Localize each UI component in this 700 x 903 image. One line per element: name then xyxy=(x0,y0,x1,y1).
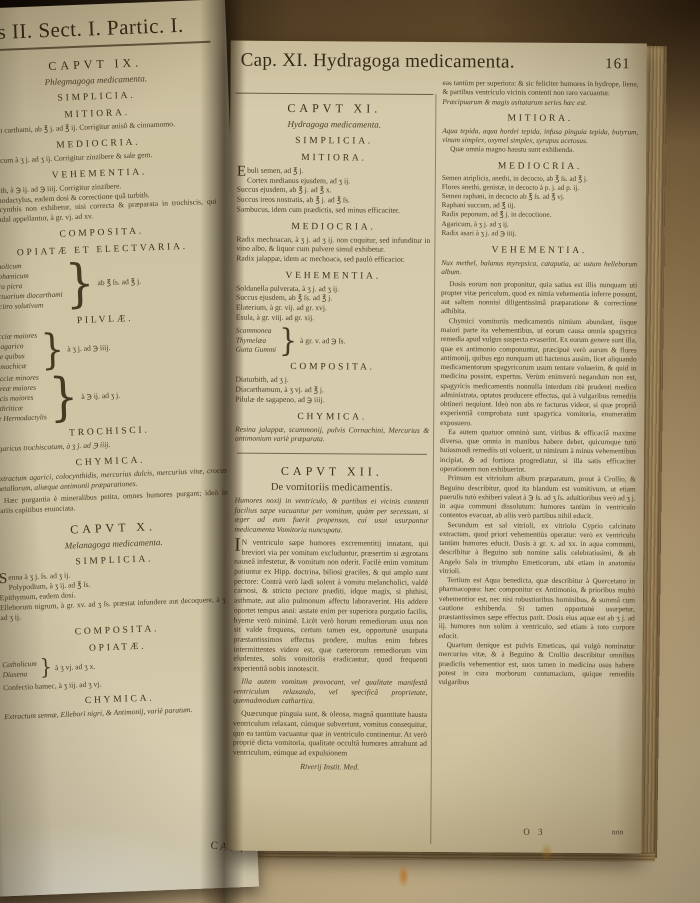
italic-paragraph: Illa autem vomitum provocant, vel qualit… xyxy=(233,677,427,708)
body-paragraph: Ea autem quatuor omninò sunt, viribus & … xyxy=(440,427,636,475)
left-book-page: Pars II. Sect. I. Partic. I. CAPVT IX. P… xyxy=(0,0,259,897)
caput-xii-subtitle: De vomitoriis medicamentis. xyxy=(235,482,429,494)
mitiora-entry: Aqua tepida, aqua hordei tepida, infusa … xyxy=(442,126,638,146)
body-text: N ventriculo sæpe humores excrementitij … xyxy=(233,538,428,674)
brace-glyph: } xyxy=(279,326,297,354)
mitiora-heading: MITIORA. xyxy=(237,153,431,164)
vehementia-entry: Esula, à gr. viij. ad gr. xij. xyxy=(236,313,430,324)
page-stain xyxy=(540,843,553,861)
photo-of-open-book: Pars II. Sect. I. Partic. I. CAPVT IX. P… xyxy=(0,0,700,903)
vehementia-heading: VEHEMENTIA. xyxy=(236,270,430,281)
dose-label: à ʒ j. ad ℈ iiij. xyxy=(67,343,110,354)
drop-cap: I xyxy=(234,537,240,552)
right-page-right-column: eas tantùm per superiora: & sic felicite… xyxy=(437,78,638,847)
caput-xii-intro: Humores noxij in ventriculo, & partibus … xyxy=(234,496,428,536)
composita-heading: COMPOSITA. xyxy=(0,224,218,243)
mediocria-heading: MEDIOCRIA. xyxy=(237,221,431,232)
drop-cap: S xyxy=(0,573,8,586)
composita-entry: Pilulæ de sagapeno, ad ℈ iiij. xyxy=(235,394,429,405)
right-running-header: Cap. XI. Hydragoga medicamenta. 161 xyxy=(241,50,637,75)
gathering-signature: O 3 xyxy=(523,827,545,837)
list-item: De Hermodactylis xyxy=(0,412,47,424)
mitiora-entry: Sambucus, idem cum prædictis, sed minus … xyxy=(237,204,431,215)
mediocria-entry: Radix jalappæ, idem ac mechoaca, sed pau… xyxy=(236,254,430,265)
mediocria-entry: Radix asari à ʒ j. ad ℈ iiij. xyxy=(441,229,637,240)
entry-text: buli semen, ad ℥ j. xyxy=(247,166,303,175)
brace-glyph: } xyxy=(40,658,53,678)
body-paragraph: Tertium est Aqua benedicta, quæ describi… xyxy=(439,575,635,641)
running-header-text: Cap. XI. Hydragoga medicamenta. xyxy=(241,50,515,74)
electuaria-group: Catholicum Diaphœnicum Hiera picra Elect… xyxy=(0,254,221,312)
pilulae-group-2: Cocciæ minores Aureæ maiores Lucis maior… xyxy=(0,366,225,424)
caput-xi-subtitle: Hydragoga medicamenta. xyxy=(237,119,431,130)
drop-cap: E xyxy=(237,166,246,179)
closing-paragraph: Quæcunque pinguia sunt, & oleosa, magnâ … xyxy=(233,709,427,759)
section-divider-rule xyxy=(237,453,427,455)
list-item: Diasena xyxy=(2,668,37,679)
composita-heading: COMPOSITA. xyxy=(236,362,430,373)
vehementia-entry: Nux methel, balanus myrepsica, cataputia… xyxy=(441,258,637,278)
series-note: Præcipuarum & magis usitatarum series hæ… xyxy=(442,97,638,108)
chymica-entry: Resina jalappæ, scammonij, pulvis Cornac… xyxy=(235,424,429,445)
right-book-page: Cap. XI. Hydragoga medicamenta. 161 CAPV… xyxy=(225,41,647,854)
column-divider-rule xyxy=(430,94,436,844)
orange-stain xyxy=(398,864,409,888)
chymica-heading: CHYMICA. xyxy=(235,411,429,422)
body-paragraph: Quartum denique est pulvis Emeticus, qui… xyxy=(438,640,634,688)
list-item: Gutta Gummi xyxy=(236,345,277,355)
dose-label: à gr. v. ad ℈ ſs. xyxy=(300,336,345,345)
header-rule xyxy=(235,93,433,95)
continuation-paragraph: eas tantùm per superiora: & sic felicite… xyxy=(442,78,638,98)
brace-glyph: } xyxy=(48,373,79,420)
simplicia-heading: SIMPLICIA. xyxy=(0,88,213,107)
caput-xii-title: CAPVT XII. xyxy=(235,464,429,480)
dose-label: à ℈ ij. ad ʒ j. xyxy=(81,390,120,400)
page-number: 161 xyxy=(605,56,631,73)
list-item: Stomachicæ xyxy=(0,360,39,372)
body-paragraph: Chymici vomitoriis medicamentis nimium a… xyxy=(440,316,637,429)
signature-row: O 3 non xyxy=(437,826,633,839)
column-signature: Riverij Instit. Med. xyxy=(233,761,427,771)
left-running-header: Pars II. Sect. I. Partic. I. xyxy=(0,12,210,46)
list-item: Thymelæa xyxy=(236,335,277,345)
list-item: Scammonea xyxy=(236,325,277,335)
body-paragraph: Secundum est sal vitrioli, ex vitriolo C… xyxy=(439,520,635,577)
brace-glyph: } xyxy=(64,260,95,307)
dose-label: à ʒ vj. ad ʒ x. xyxy=(55,662,96,673)
dose-label: ab ℥ ſs. ad ℥ j. xyxy=(97,277,141,288)
simplicia-heading: SIMPLICIA. xyxy=(237,136,431,147)
caput-xii-body: IN ventriculo sæpe humores excrementitij… xyxy=(233,537,428,674)
mediocria-heading: MEDIOCRIA. xyxy=(442,161,638,172)
list-item: De citro solutivum xyxy=(0,299,63,312)
right-page-left-column: CAPVT XI. Hydragoga medicamenta. SIMPLIC… xyxy=(233,99,432,772)
vehementia-heading: VEHEMENTIA. xyxy=(441,245,637,256)
vehementia-group: Scammonea Thymelæa Gutta Gummi } à gr. v… xyxy=(236,325,430,356)
pilulae-group-1: Cocciæ maiores De agarico Sine quibus St… xyxy=(0,323,223,372)
brace-glyph: } xyxy=(40,331,65,369)
body-paragraph: Dosis eorum non proponitur, quia satius … xyxy=(441,279,637,317)
composita-heading: COMPOSITA. xyxy=(1,621,233,640)
catchword: non xyxy=(612,827,623,836)
caput-xi-title: CAPVT XI. xyxy=(237,101,431,117)
mediocria-entry: Radix mechoacan, à ʒ j. ad ʒ ij. non coq… xyxy=(236,234,430,255)
mitiora-note: Quæ omnia magno haustu sunt exhibenda. xyxy=(442,144,638,155)
body-paragraph: Primum est vitriolum album præparatum, p… xyxy=(439,473,635,521)
mitiora-heading: MITIORA. xyxy=(442,113,638,124)
